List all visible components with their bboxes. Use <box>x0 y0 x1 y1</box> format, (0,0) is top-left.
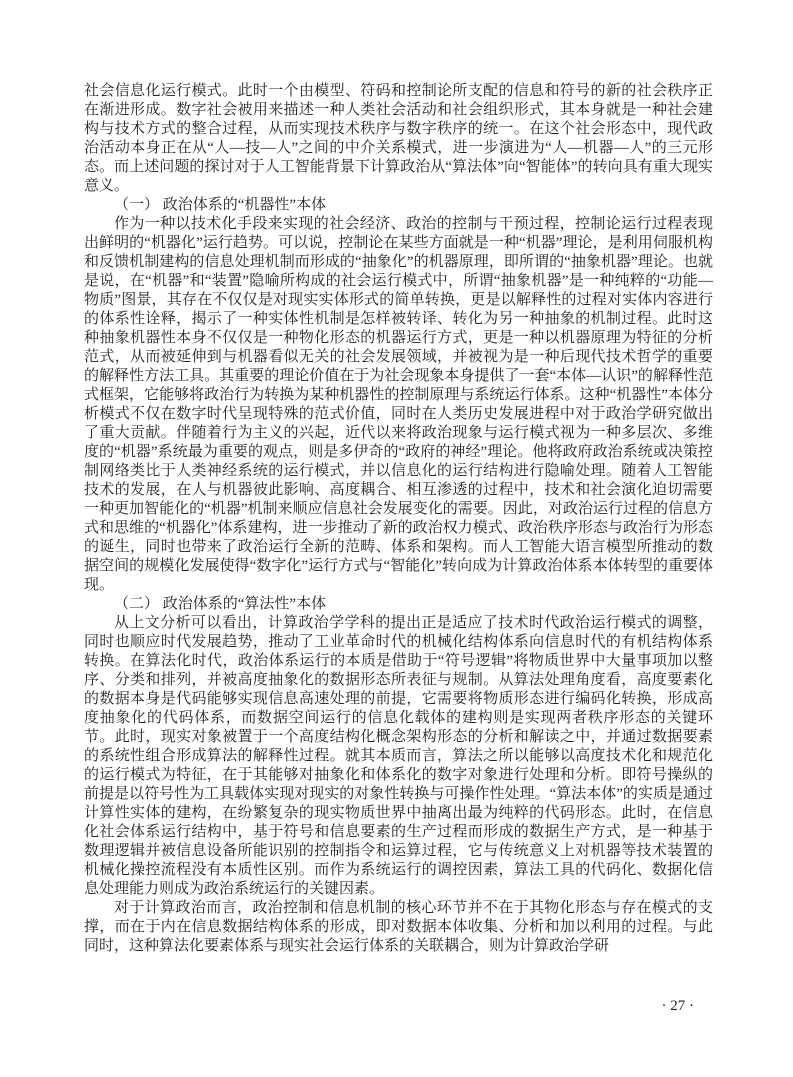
article-body: 社会信息化运行模式。此时一个由模型、符码和控制论所支配的信息和符号的新的社会秩序… <box>84 82 713 956</box>
paragraph-continuation: 社会信息化运行模式。此时一个由模型、符码和控制论所支配的信息和符号的新的社会秩序… <box>84 82 713 196</box>
paragraph-algorithm-ontology: 从上文分析可以看出，计算政治学学科的提出正是适应了技术时代政治运行模式的调整，同… <box>84 614 713 899</box>
section-heading-algorithm-ontology: （二） 政治体系的“算法性”本体 <box>84 595 713 614</box>
page-number: · 27 · <box>84 997 694 1016</box>
paragraph-machine-ontology: 作为一种以技术化手段来实现的社会经济、政治的控制与干预过程，控制论运行过程表现出… <box>84 215 713 595</box>
section-heading-machine-ontology: （一） 政治体系的“机器性”本体 <box>84 196 713 215</box>
paragraph-computational-politics: 对于计算政治而言，政治控制和信息机制的核心环节并不在于其物化形态与存在模式的支撑… <box>84 899 713 956</box>
document-page: 社会信息化运行模式。此时一个由模型、符码和控制论所支配的信息和符号的新的社会秩序… <box>0 0 793 1077</box>
